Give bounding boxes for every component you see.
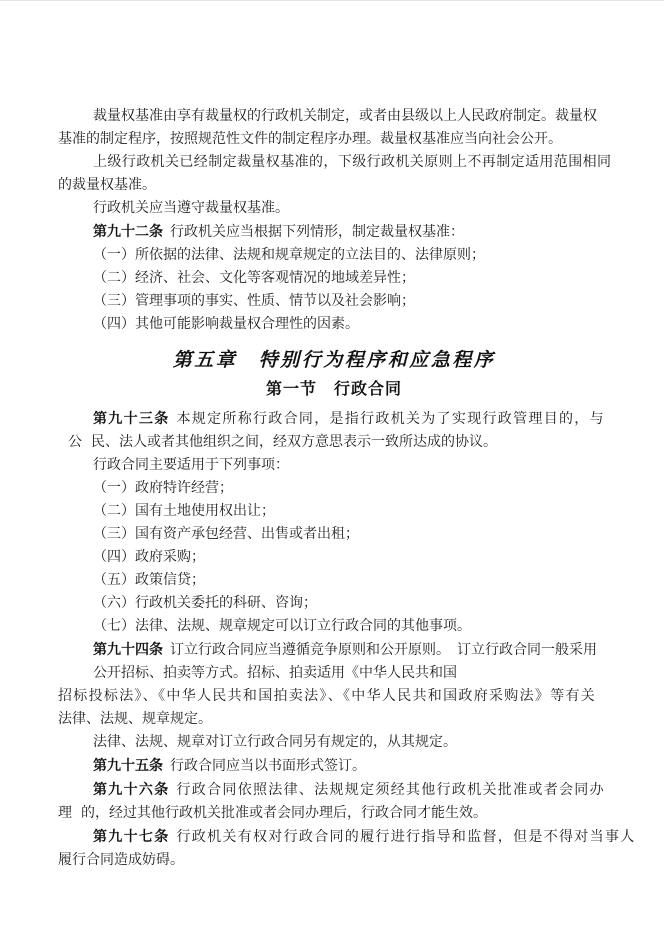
- list-item-line: （四）政府采购；: [58, 546, 610, 569]
- article-line: 第九十四条订立行政合同应当遵循竞争原则和公开原则。 订立行政合同一般采用: [58, 638, 610, 662]
- hanging-character: 公: [68, 435, 82, 450]
- line-text: 履行合同造成妨碍。: [58, 853, 184, 868]
- line-text: 基准的制定程序，按照规范性文件的制定程序办理。裁量权基准应当向社会公开。: [58, 132, 562, 147]
- paragraph-line: 行政合同主要适用于下列事项：: [58, 454, 610, 477]
- line-text: 行政机关有权对行政合同的履行进行指导和监督，但是不得对当事人: [177, 830, 636, 845]
- article-line: 第九十二条行政机关应当根据下列情形，制定裁量权基准：: [58, 220, 610, 244]
- list-item-line: （二）国有土地使用权出让；: [58, 500, 610, 523]
- article-number-label: 第九十六条: [93, 781, 170, 797]
- line-text: （三）管理事项的事实、性质、情节以及社会影响；: [93, 294, 415, 309]
- paragraph-line: 的裁量权基准。: [58, 174, 610, 197]
- article-line: 第九十五条行政合同应当以书面形式签订。: [58, 754, 610, 778]
- article-number-label: 第九十三条: [93, 410, 170, 426]
- paragraph-line: 法律、法规、规章对订立行政合同另有规定的，从其规定。: [58, 731, 610, 754]
- line-text: 行政机关应当根据下列情形，制定裁量权基准：: [170, 225, 464, 240]
- paragraph-line: 上级行政机关已经制定裁量权基准的，下级行政机关原则上不再制定适用范围相同: [58, 151, 610, 174]
- paragraph-line: 履行合同造成妨碍。: [58, 849, 610, 872]
- document-page: 裁量权基准由享有裁量权的行政机关制定，或者由县级以上人民政府制定。裁量权 基准的…: [0, 0, 664, 929]
- line-text: 公开招标、拍卖等方式。招标、拍卖适用《中华人民共和国: [93, 666, 457, 681]
- line-text: 的裁量权基准。: [58, 178, 156, 193]
- paragraph-line: 招标投标法》、《中华人民共和国拍卖法》、《中华人民共和国政府采购法》等有关: [58, 685, 610, 708]
- line-text: （四）政府采购；: [93, 550, 205, 565]
- list-item-line: （五）政策信贷；: [58, 569, 610, 592]
- list-item-line: （三）国有资产承包经营、出售或者出租；: [58, 523, 610, 546]
- line-text: 订立行政合同应当遵循竞争原则和公开原则。 订立行政合同一般采用: [170, 643, 597, 658]
- line-text: 行政合同主要适用于下列事项：: [93, 458, 289, 473]
- paragraph-line: 基准的制定程序，按照规范性文件的制定程序办理。裁量权基准应当向社会公开。: [58, 128, 610, 151]
- line-text: 行政合同依照法律、法规规定须经其他行政机关批准或者会同办: [177, 783, 605, 798]
- line-text: 行政合同应当以书面形式签订。: [170, 759, 366, 774]
- line-text: 民、法人或者其他组织之间，经双方意思表示一致所达成的协议。: [91, 435, 497, 450]
- line-text: 行政机关应当遵守裁量权基准。: [93, 201, 289, 216]
- line-text: （二）经济、社会、文化等客观情况的地域差异性；: [93, 271, 415, 286]
- line-text: 招标投标法》、《中华人民共和国拍卖法》、《中华人民共和国政府采购法》等有关: [58, 689, 596, 704]
- section-heading: 第一节 行政合同: [58, 376, 610, 403]
- line-text: 裁量权基准由享有裁量权的行政机关制定，或者由县级以上人民政府制定。裁量权: [93, 109, 597, 124]
- line-text: 的，经过其他行政机关批准或者会同办理后，行政合同才能生效。: [81, 806, 487, 821]
- chapter-heading: 第五章 特别行为程序和应急程序: [58, 346, 610, 376]
- paragraph-line: 裁量权基准由享有裁量权的行政机关制定，或者由县级以上人民政府制定。裁量权: [58, 105, 610, 128]
- article-number-label: 第九十二条: [93, 223, 163, 239]
- document-body: 裁量权基准由享有裁量权的行政机关制定，或者由县级以上人民政府制定。裁量权 基准的…: [58, 105, 610, 872]
- article-line: 第九十三条本规定所称行政合同，是指行政机关为了实现行政管理目的，与: [58, 407, 610, 431]
- list-item-line: （七）法律、法规、规章规定可以订立行政合同的其他事项。: [58, 615, 610, 638]
- list-item-line: （二）经济、社会、文化等客观情况的地域差异性；: [58, 267, 610, 290]
- line-text: （三）国有资产承包经营、出售或者出租；: [93, 527, 359, 542]
- paragraph-line: 公开招标、拍卖等方式。招标、拍卖适用《中华人民共和国: [58, 662, 610, 685]
- line-text: （四）其他可能影响裁量权合理性的因素。: [93, 317, 359, 332]
- line-text: （七）法律、法规、规章规定可以订立行政合同的其他事项。: [93, 619, 471, 634]
- line-text: 法律、法规、规章规定。: [58, 712, 212, 727]
- article-number-label: 第九十五条: [93, 757, 163, 773]
- line-text: （一）政府特许经营；: [93, 481, 233, 496]
- line-text: （二）国有土地使用权出让；: [93, 504, 275, 519]
- line-text: 上级行政机关已经制定裁量权基准的，下级行政机关原则上不再制定适用范围相同: [93, 155, 611, 170]
- paragraph-line: 理的，经过其他行政机关批准或者会同办理后，行政合同才能生效。: [58, 802, 610, 825]
- hanging-character: 理: [58, 806, 72, 821]
- paragraph-line: 法律、法规、规章规定。: [58, 708, 610, 731]
- line-text: （一）所依据的法律、法规和规章规定的立法目的、法律原则；: [93, 248, 485, 263]
- list-item-line: （三）管理事项的事实、性质、情节以及社会影响；: [58, 290, 610, 313]
- line-text: 法律、法规、规章对订立行政合同另有规定的，从其规定。: [93, 735, 457, 750]
- article-line: 第九十六条行政合同依照法律、法规规定须经其他行政机关批准或者会同办: [58, 778, 610, 802]
- list-item-line: （一）政府特许经营；: [58, 477, 610, 500]
- paragraph-line: 行政机关应当遵守裁量权基准。: [58, 197, 610, 220]
- article-number-label: 第九十四条: [93, 641, 163, 657]
- line-text: （五）政策信贷；: [93, 573, 205, 588]
- list-item-line: （六）行政机关委托的科研、咨询；: [58, 592, 610, 615]
- article-number-label: 第九十七条: [93, 828, 170, 844]
- line-text: （六）行政机关委托的科研、咨询；: [93, 596, 317, 611]
- list-item-line: （一）所依据的法律、法规和规章规定的立法目的、法律原则；: [58, 244, 610, 267]
- list-item-line: （四）其他可能影响裁量权合理性的因素。: [58, 313, 610, 336]
- line-text: 本规定所称行政合同，是指行政机关为了实现行政管理目的，与: [177, 412, 605, 427]
- paragraph-line: 公民、法人或者其他组织之间，经双方意思表示一致所达成的协议。: [58, 431, 610, 454]
- article-line: 第九十七条行政机关有权对行政合同的履行进行指导和监督，但是不得对当事人: [58, 825, 610, 849]
